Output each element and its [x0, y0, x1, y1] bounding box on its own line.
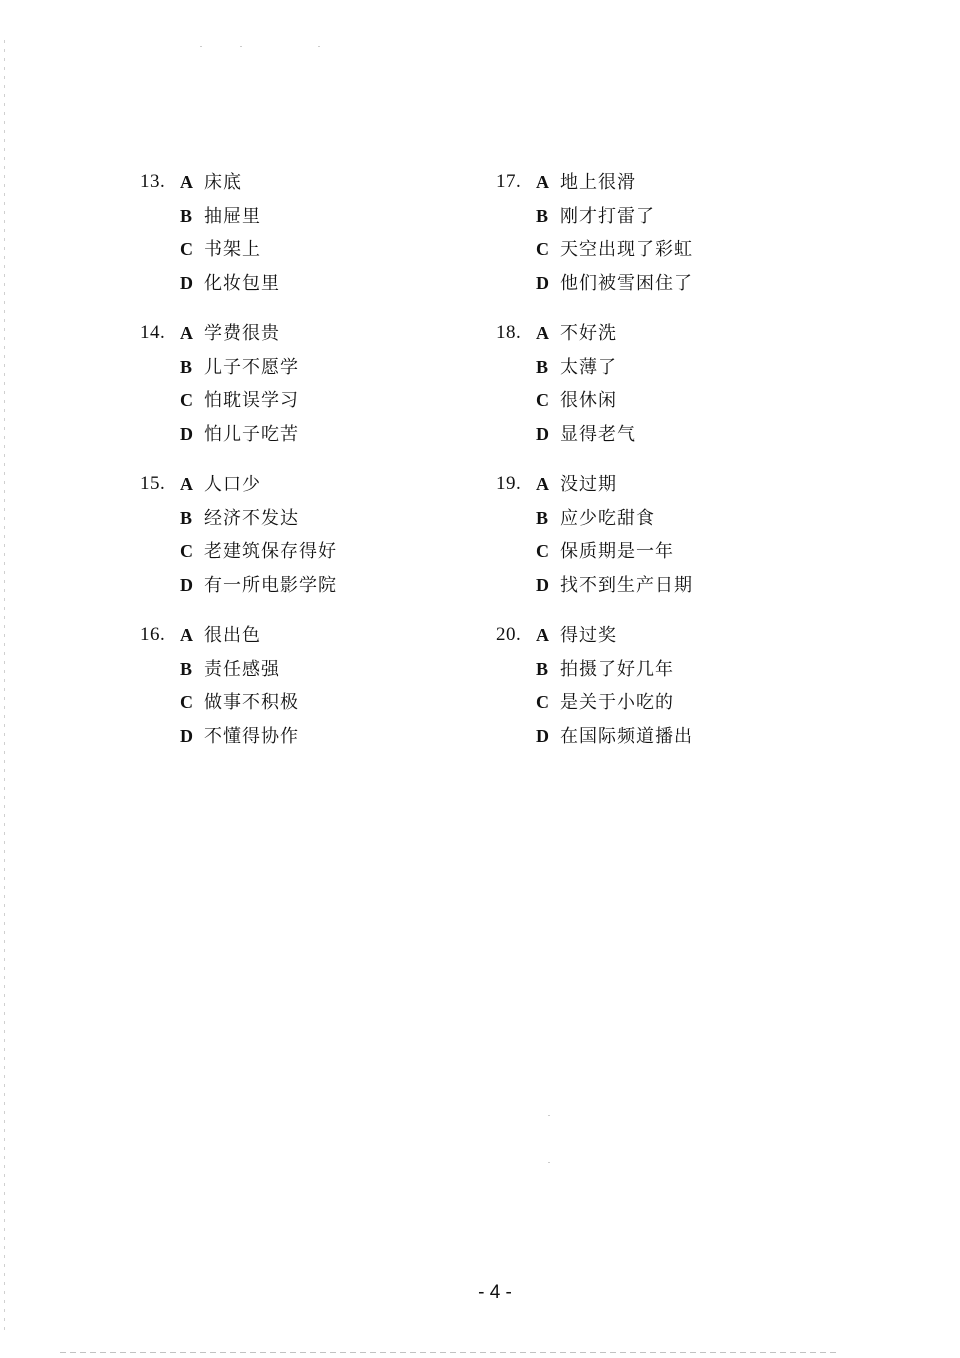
option-b: B应少吃甜食 — [536, 504, 655, 532]
page-number: - 4 - — [0, 1282, 960, 1304]
question-number: 16. — [140, 621, 165, 649]
option-b: B责任感强 — [180, 655, 280, 683]
question-number: 15. — [140, 470, 165, 498]
option-letter: A — [536, 470, 560, 498]
option-text: 找不到生产日期 — [560, 575, 693, 596]
option-letter: D — [536, 571, 560, 599]
option-text: 太薄了 — [560, 357, 617, 378]
option-letter: D — [536, 420, 560, 448]
option-b: B经济不发达 — [180, 504, 299, 532]
option-letter: A — [180, 621, 204, 649]
option-c: C天空出现了彩虹 — [536, 235, 693, 263]
question-number: 18. — [496, 319, 521, 347]
scan-edge-bottom — [60, 1352, 840, 1353]
option-text: 人口少 — [204, 474, 261, 495]
option-c: C怕耽误学习 — [180, 386, 299, 414]
option-letter: C — [180, 537, 204, 565]
option-text: 拍摄了好几年 — [560, 659, 674, 680]
option-d: D有一所电影学院 — [180, 571, 337, 599]
option-text: 他们被雪困住了 — [560, 273, 693, 294]
scan-speck — [240, 46, 242, 47]
option-letter: B — [536, 202, 560, 230]
option-letter: A — [536, 621, 560, 649]
option-d: D在国际频道播出 — [536, 722, 693, 750]
question-number: 19. — [496, 470, 521, 498]
option-text: 很出色 — [204, 625, 261, 646]
option-text: 怕儿子吃苦 — [204, 424, 299, 445]
option-letter: C — [536, 235, 560, 263]
option-c: C保质期是一年 — [536, 537, 674, 565]
option-letter: C — [536, 688, 560, 716]
option-text: 得过奖 — [560, 625, 617, 646]
option-letter: D — [536, 722, 560, 750]
option-text: 抽屉里 — [204, 206, 261, 227]
option-text: 经济不发达 — [204, 508, 299, 529]
option-b: B儿子不愿学 — [180, 353, 299, 381]
option-a: A地上很滑 — [536, 168, 636, 196]
option-letter: A — [180, 470, 204, 498]
option-letter: B — [536, 504, 560, 532]
option-letter: B — [536, 655, 560, 683]
option-text: 没过期 — [560, 474, 617, 495]
option-c: C是关于小吃的 — [536, 688, 674, 716]
option-letter: D — [180, 722, 204, 750]
option-text: 书架上 — [204, 239, 261, 260]
option-text: 地上很滑 — [560, 172, 636, 193]
scan-speck — [548, 1115, 550, 1116]
option-letter: B — [180, 655, 204, 683]
option-a: A得过奖 — [536, 621, 617, 649]
option-a: A床底 — [180, 168, 242, 196]
option-text: 怕耽误学习 — [204, 390, 299, 411]
option-text: 在国际频道播出 — [560, 726, 693, 747]
option-letter: D — [180, 420, 204, 448]
option-letter: B — [180, 353, 204, 381]
scan-speck — [318, 46, 320, 47]
option-text: 老建筑保存得好 — [204, 541, 337, 562]
option-letter: C — [180, 235, 204, 263]
option-letter: C — [180, 386, 204, 414]
option-d: D化妆包里 — [180, 269, 280, 297]
question-number: 14. — [140, 319, 165, 347]
scan-edge-left — [4, 40, 5, 1330]
option-text: 不好洗 — [560, 323, 617, 344]
option-text: 化妆包里 — [204, 273, 280, 294]
option-a: A人口少 — [180, 470, 261, 498]
question-number: 17. — [496, 168, 521, 196]
option-a: A很出色 — [180, 621, 261, 649]
exam-page: 13. A床底 B抽屉里 C书架上 D化妆包里 14. A学费很贵 B儿子不愿学… — [0, 0, 960, 1358]
option-text: 应少吃甜食 — [560, 508, 655, 529]
scan-speck — [548, 1162, 550, 1163]
option-a: A没过期 — [536, 470, 617, 498]
option-letter: D — [180, 269, 204, 297]
option-text: 显得老气 — [560, 424, 636, 445]
option-text: 天空出现了彩虹 — [560, 239, 693, 260]
option-text: 做事不积极 — [204, 692, 299, 713]
option-letter: B — [180, 504, 204, 532]
question-number: 20. — [496, 621, 521, 649]
option-b: B抽屉里 — [180, 202, 261, 230]
option-letter: B — [180, 202, 204, 230]
option-d: D他们被雪困住了 — [536, 269, 693, 297]
option-c: C书架上 — [180, 235, 261, 263]
option-letter: D — [180, 571, 204, 599]
option-letter: C — [536, 537, 560, 565]
option-d: D怕儿子吃苦 — [180, 420, 299, 448]
option-text: 是关于小吃的 — [560, 692, 674, 713]
option-text: 儿子不愿学 — [204, 357, 299, 378]
option-letter: A — [536, 168, 560, 196]
option-b: B太薄了 — [536, 353, 617, 381]
option-letter: B — [536, 353, 560, 381]
option-a: A不好洗 — [536, 319, 617, 347]
option-b: B拍摄了好几年 — [536, 655, 674, 683]
option-letter: D — [536, 269, 560, 297]
option-b: B刚才打雷了 — [536, 202, 655, 230]
option-letter: C — [180, 688, 204, 716]
option-a: A学费很贵 — [180, 319, 280, 347]
option-text: 责任感强 — [204, 659, 280, 680]
option-c: C老建筑保存得好 — [180, 537, 337, 565]
question-number: 13. — [140, 168, 165, 196]
option-c: C做事不积极 — [180, 688, 299, 716]
option-letter: A — [180, 319, 204, 347]
option-text: 有一所电影学院 — [204, 575, 337, 596]
option-c: C很休闲 — [536, 386, 617, 414]
option-letter: C — [536, 386, 560, 414]
option-d: D找不到生产日期 — [536, 571, 693, 599]
scan-speck — [200, 46, 202, 47]
option-text: 床底 — [204, 172, 242, 193]
option-text: 很休闲 — [560, 390, 617, 411]
option-letter: A — [180, 168, 204, 196]
option-text: 刚才打雷了 — [560, 206, 655, 227]
option-letter: A — [536, 319, 560, 347]
option-d: D显得老气 — [536, 420, 636, 448]
option-text: 学费很贵 — [204, 323, 280, 344]
option-text: 保质期是一年 — [560, 541, 674, 562]
option-d: D不懂得协作 — [180, 722, 299, 750]
option-text: 不懂得协作 — [204, 726, 299, 747]
